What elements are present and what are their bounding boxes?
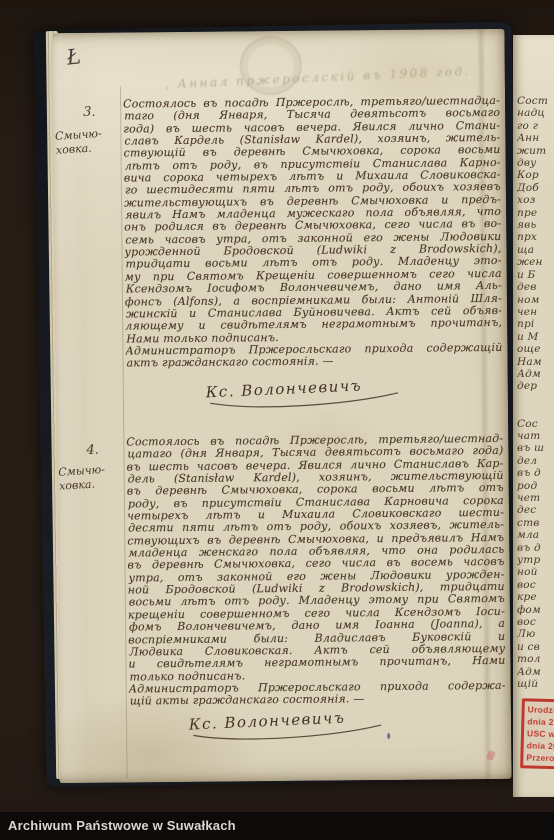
margin-note-line: ховка.: [56, 140, 121, 158]
right-page-text-fragments: Состнадцго гАннжитдвуКорДобхозпреявьпрхщ…: [517, 95, 554, 690]
caption-bar: Archiwum Państwowe w Suwałkach: [0, 812, 554, 840]
right-page-sliver: Состнадцго гАннжитдвуКорДобхозпреявьпрхщ…: [513, 35, 554, 797]
text-line: ной: [517, 566, 554, 578]
text-line: щій: [517, 678, 554, 690]
text-line: [517, 393, 554, 405]
text-line: дес: [517, 504, 554, 516]
text-line: тол: [517, 653, 554, 665]
text-line: Сос: [517, 418, 554, 430]
text-line: дву: [517, 157, 554, 169]
text-line: и Б: [517, 269, 554, 281]
text-line: и М: [517, 331, 554, 343]
text-line: Сост: [517, 95, 554, 107]
ink-spot: [387, 733, 390, 739]
text-line: мла: [517, 529, 554, 541]
entry-3-margin-note: Смычю- ховка.: [55, 126, 121, 158]
text-line: жен: [517, 256, 554, 268]
text-line: прі: [517, 318, 554, 330]
text-line: Анн: [517, 132, 554, 144]
pink-mark: [486, 750, 496, 761]
text-line: прх: [517, 231, 554, 243]
entry-3-number: 3.: [83, 105, 96, 120]
text-line: го г: [517, 120, 554, 132]
text-line: чен: [517, 306, 554, 318]
text-line: щій акты гражданскаго состоянія. —: [130, 692, 506, 708]
text-line: [517, 405, 554, 417]
text-line: чат: [517, 430, 554, 442]
office-stamp: Urodzo-dnia 21USC wdnia 20Przero: [520, 698, 554, 769]
text-line: жит: [517, 145, 554, 157]
text-line: ств: [517, 517, 554, 529]
text-line: хоз: [517, 194, 554, 206]
text-line: и св: [517, 641, 554, 653]
folio-mark: Ł: [65, 44, 82, 69]
text-line: дер: [517, 380, 554, 392]
text-line: род: [517, 480, 554, 492]
entry-4-signature: Кс. Волончевичъ: [189, 706, 400, 744]
entry-3-signature: Кс. Волончевичъ: [205, 374, 416, 412]
text-line: въ ш: [517, 442, 554, 454]
text-line: надц: [517, 107, 554, 119]
text-line: вос: [517, 579, 554, 591]
text-line: утр: [517, 554, 554, 566]
text-line: Адм: [517, 666, 554, 678]
entry-3-text: Состоялось въ посадѣ Пржерослѣ, третьяго…: [123, 95, 503, 370]
text-line: актъ гражданскаго состоянія. —: [127, 354, 503, 370]
text-line: въ д: [517, 467, 554, 479]
text-line: Адм: [517, 368, 554, 380]
entry-4-text: Состоялось въ посадѣ Пржерослѣ, третьяго…: [126, 433, 506, 708]
left-page: Ł , Аннал пржерослскій въ 1908 год. 3. С…: [52, 29, 511, 783]
text-line: ща: [517, 244, 554, 256]
text-line: още: [517, 343, 554, 355]
text-line: кре: [517, 591, 554, 603]
text-line: чет: [517, 492, 554, 504]
text-line: вос: [517, 616, 554, 628]
text-line: ном: [517, 294, 554, 306]
text-line: Лю: [517, 628, 554, 640]
bleedthrough-note: , Аннал пржерослскій въ 1908 год.: [165, 64, 475, 92]
entry-4-margin-note: Смычю- ховка.: [58, 462, 124, 494]
text-line: явь: [517, 219, 554, 231]
entry-4-number: 4.: [86, 443, 99, 458]
margin-note-line: ховка.: [59, 476, 124, 494]
text-line: Нам: [517, 356, 554, 368]
text-line: Кор: [517, 169, 554, 181]
stamp-text: Urodzo-dnia 21USC wdnia 20Przero: [526, 703, 554, 764]
text-line: въ д: [517, 542, 554, 554]
text-line: Доб: [517, 182, 554, 194]
text-line: фом: [517, 604, 554, 616]
archive-caption: Archiwum Państwowe w Suwałkach: [0, 812, 554, 840]
scanned-register-page: Ł , Аннал пржерослскій въ 1908 год. 3. С…: [0, 0, 554, 840]
text-line: дел: [517, 455, 554, 467]
text-line: дев: [517, 281, 554, 293]
text-line: Przero: [526, 751, 554, 764]
text-line: пре: [517, 207, 554, 219]
